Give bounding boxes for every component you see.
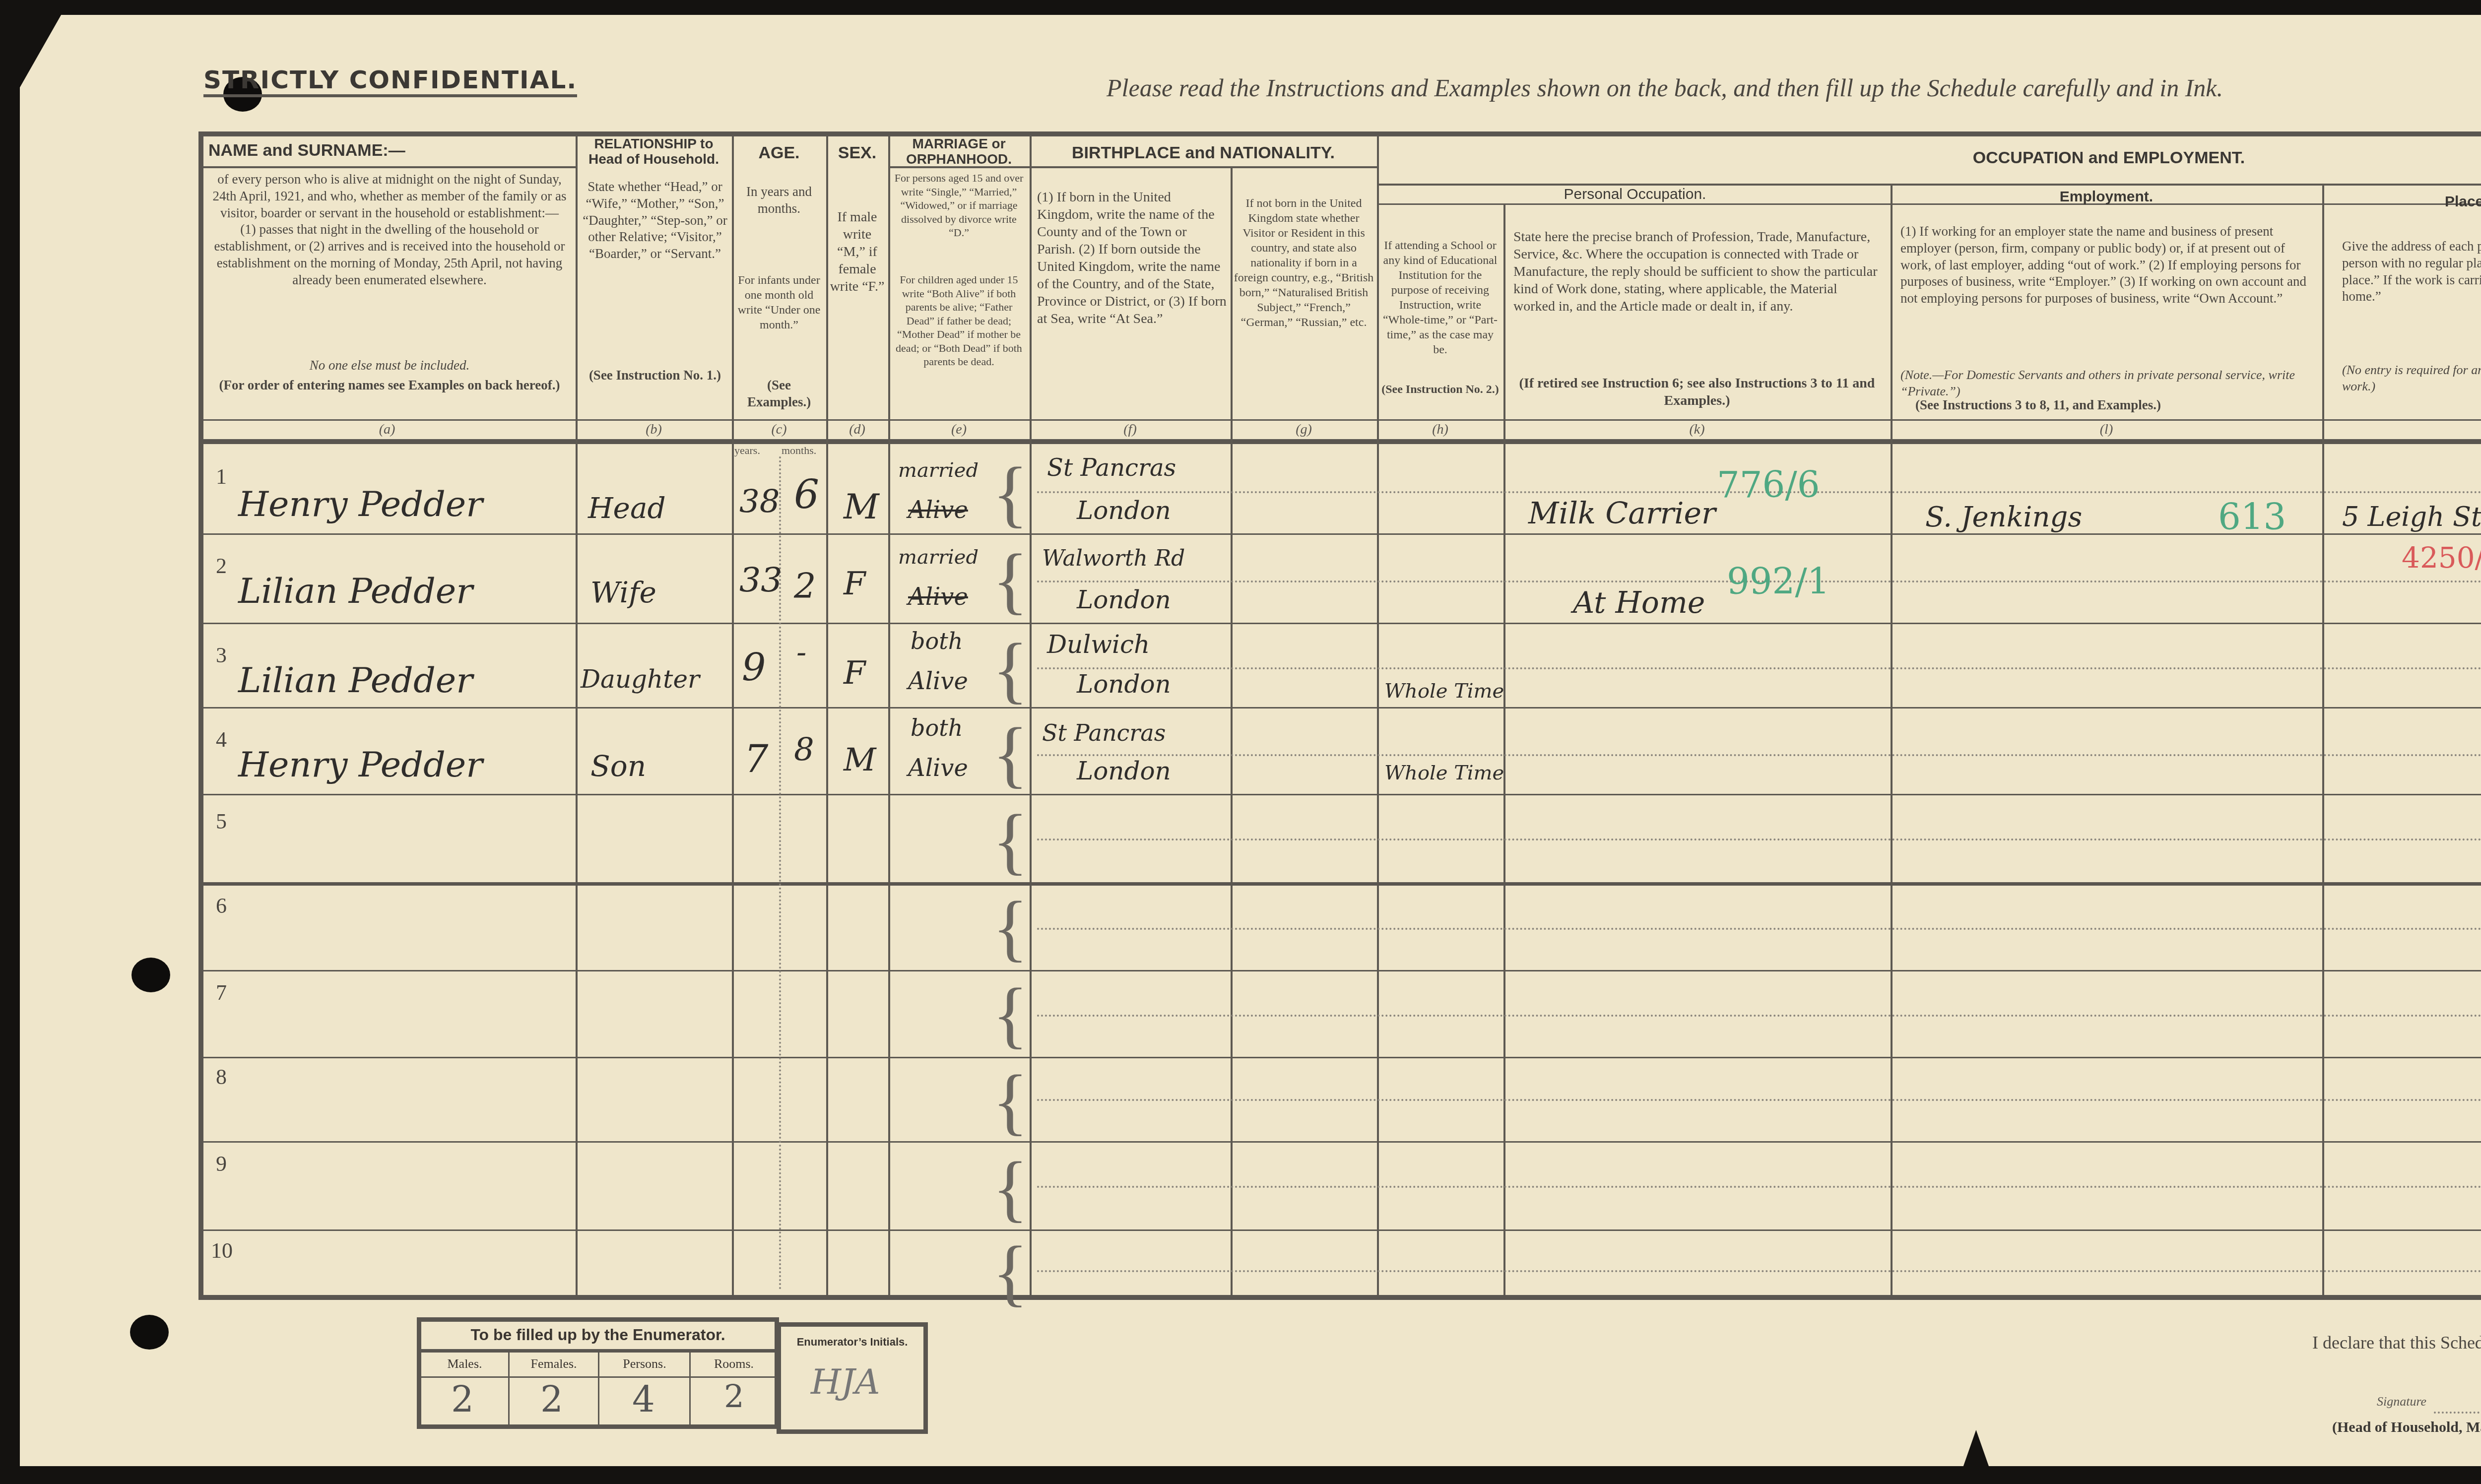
column-divider xyxy=(732,136,734,1295)
signature-line xyxy=(2434,1412,2481,1414)
brace: { xyxy=(992,1151,1028,1226)
birthplace-district[interactable]: St Pancras xyxy=(1042,719,1166,746)
instruction-line: Please read the Instructions and Example… xyxy=(1107,73,2223,102)
personal-occupation-instructions: State here the precise branch of Profess… xyxy=(1513,228,1881,315)
column-divider xyxy=(1503,203,1505,1295)
marriage-adult-instructions: For persons aged 15 and over write “Sing… xyxy=(891,171,1027,240)
row-number: 3 xyxy=(216,643,227,668)
signature-label: Signature xyxy=(2377,1394,2426,1409)
name-column-note: No one else must be included. xyxy=(211,357,568,374)
enumerator-initials-box: Enumerator’s Initials. HJA xyxy=(777,1322,928,1434)
education-column-instructions: If attending a School or any kind of Edu… xyxy=(1379,238,1501,357)
row-divider xyxy=(203,533,2481,535)
row-number: 2 xyxy=(216,553,227,579)
birthplace-district[interactable]: St Pancras xyxy=(1047,454,1176,482)
personal-occupation-footer: (If retired see Instruction 6; see also … xyxy=(1508,375,1886,409)
person-name[interactable]: Lilian Pedder xyxy=(238,660,473,701)
divider xyxy=(508,1353,510,1424)
row-divider xyxy=(203,707,2481,709)
name-column-instructions: of every person who is alive at midnight… xyxy=(211,171,568,288)
person-name[interactable]: Lilian Pedder xyxy=(238,571,473,611)
orphanhood-status[interactable]: Alive xyxy=(908,496,968,524)
mid-row-guide xyxy=(1037,1099,2481,1101)
relationship-value[interactable]: Son xyxy=(590,749,646,783)
mid-row-guide xyxy=(1037,667,2481,669)
employment-instructions: (1) If working for an employer state the… xyxy=(1900,223,2317,307)
sex-value[interactable]: F xyxy=(844,655,865,692)
enumerator-initials[interactable]: HJA xyxy=(811,1361,880,1402)
marriage-status[interactable]: both xyxy=(911,628,963,654)
punch-hole xyxy=(130,1315,169,1350)
age-months-label: months. xyxy=(782,444,816,457)
brace: { xyxy=(992,717,1028,791)
relationship-value[interactable]: Daughter xyxy=(581,665,700,694)
females-label: Females. xyxy=(510,1356,598,1371)
column-divider xyxy=(1377,136,1379,1295)
birthplace-county[interactable]: London xyxy=(1077,496,1171,525)
rooms-count[interactable]: 2 xyxy=(724,1379,744,1416)
brace: { xyxy=(992,1235,1028,1310)
age-months[interactable]: 8 xyxy=(794,732,814,769)
confidential-title: STRICTLY CONFIDENTIAL. xyxy=(203,65,577,97)
divider xyxy=(689,1353,691,1424)
place-of-work-note: (No entry is required for any person who… xyxy=(2342,362,2481,394)
relationship-column-instructions: State whether “Head,” or “Wife,” “Mother… xyxy=(581,179,729,262)
brace: { xyxy=(992,456,1028,531)
sex-value[interactable]: F xyxy=(844,566,865,602)
age-column-instructions: In years and months. xyxy=(734,184,824,217)
age-years[interactable]: 7 xyxy=(744,737,768,781)
marriage-status[interactable]: married xyxy=(898,546,979,569)
row-divider xyxy=(203,794,2481,795)
employer-value[interactable]: S. Jenkings xyxy=(1925,501,2082,533)
rooms-label: Rooms. xyxy=(692,1356,776,1371)
brace: { xyxy=(992,633,1028,707)
brace: { xyxy=(992,804,1028,878)
workplace-value[interactable]: 5 Leigh St xyxy=(2342,501,2481,532)
place-of-work-instructions: Give the address of each person’s place … xyxy=(2342,238,2481,305)
column-letter-h: (h) xyxy=(1377,422,1503,438)
row-number: 6 xyxy=(216,893,227,918)
enumerator-initials-label: Enumerator’s Initials. xyxy=(781,1336,923,1349)
nationality-instructions: If not born in the United Kingdom state … xyxy=(1233,196,1374,330)
education-column-footer: (See Instruction No. 2.) xyxy=(1379,382,1501,397)
occupation-group-heading: OCCUPATION and EMPLOYMENT. xyxy=(1886,149,2332,167)
column-divider xyxy=(2322,184,2324,1295)
orphanhood-status[interactable]: Alive xyxy=(908,754,968,782)
enumerator-count-box: To be filled up by the Enumerator. Males… xyxy=(417,1317,779,1429)
marriage-column-heading: MARRIAGE or ORPHANHOOD. xyxy=(891,136,1027,167)
enumerator-count-heading: To be filled up by the Enumerator. xyxy=(421,1326,775,1344)
name-column-heading: NAME and SURNAME:— xyxy=(208,141,407,160)
row-divider xyxy=(203,970,2481,971)
column-letter-l: (l) xyxy=(1891,422,2322,438)
column-divider xyxy=(888,136,890,1295)
age-months[interactable]: 2 xyxy=(794,566,816,606)
relationship-value[interactable]: Head xyxy=(588,491,666,525)
sex-column-heading: SEX. xyxy=(829,144,886,162)
age-infant-note: For infants under one month old write “U… xyxy=(734,273,824,332)
place-of-work-heading: Place of Work. xyxy=(2325,194,2481,210)
row-divider xyxy=(203,1229,2481,1231)
divider xyxy=(1377,184,2481,186)
relationship-column-footer: (See Instruction No. 1.) xyxy=(581,367,729,384)
column-divider xyxy=(1891,184,1893,1295)
birthplace-county[interactable]: London xyxy=(1077,757,1171,785)
occupation-value[interactable]: Milk Carrier xyxy=(1528,496,1716,531)
age-months[interactable]: - xyxy=(796,635,806,670)
sex-value[interactable]: M xyxy=(844,486,879,527)
row-divider xyxy=(203,1141,2481,1143)
brace: { xyxy=(992,977,1028,1052)
birthplace-district[interactable]: Walworth Rd xyxy=(1042,546,1185,571)
orphanhood-status[interactable]: Alive xyxy=(908,583,968,611)
column-letter-f: (f) xyxy=(1030,422,1231,438)
column-divider xyxy=(826,136,828,1295)
females-count[interactable]: 2 xyxy=(540,1379,563,1420)
mid-row-guide xyxy=(1037,928,2481,930)
occupation-value[interactable]: At Home xyxy=(1573,585,1705,620)
mid-row-guide xyxy=(1037,1270,2481,1272)
age-years[interactable]: 33 xyxy=(739,561,783,600)
column-divider xyxy=(1231,166,1233,1295)
row-number: 9 xyxy=(216,1151,227,1176)
column-letter-c: (c) xyxy=(732,422,826,438)
occupation-code: 992/1 xyxy=(1727,561,1830,602)
column-letter-d: (d) xyxy=(826,422,888,438)
declaration-footer: (Head of Household, Manager of Establish… xyxy=(2332,1419,2481,1436)
personal-occupation-heading: Personal Occupation. xyxy=(1379,186,1891,202)
row-number: 8 xyxy=(216,1064,227,1090)
sex-value[interactable]: M xyxy=(844,742,876,778)
mid-row-guide xyxy=(1037,1186,2481,1188)
age-column-heading: AGE. xyxy=(734,144,824,162)
persons-count[interactable]: 4 xyxy=(632,1379,655,1420)
education-value[interactable]: Whole Time xyxy=(1384,680,1504,703)
brace: { xyxy=(992,1064,1028,1139)
punch-hole xyxy=(131,958,170,992)
employer-code: 613 xyxy=(2218,496,2286,538)
mid-row-guide xyxy=(1037,839,2481,840)
birthplace-column-heading: BIRTHPLACE and NATIONALITY. xyxy=(1032,144,1374,162)
relationship-column-heading: RELATIONSHIP to Head of Household. xyxy=(578,136,729,167)
column-letter-b: (b) xyxy=(576,422,732,438)
employment-heading: Employment. xyxy=(1893,189,2320,205)
column-divider xyxy=(576,136,578,1295)
declaration-text: I declare that this Schedule is correctl… xyxy=(2312,1332,2481,1353)
males-label: Males. xyxy=(421,1356,508,1371)
divider xyxy=(203,166,576,168)
brace: { xyxy=(992,891,1028,965)
birthplace-county[interactable]: London xyxy=(1077,585,1171,614)
column-divider xyxy=(1030,136,1032,1295)
sex-column-instructions: If male write “M,” if female write “F.” xyxy=(829,208,886,295)
marriage-child-instructions: For children aged under 15 write “Both A… xyxy=(891,273,1027,369)
age-years-label: years. xyxy=(734,444,760,457)
person-name[interactable]: Henry Pedder xyxy=(238,484,483,524)
divider xyxy=(203,419,2481,421)
age-column-footer: (See Examples.) xyxy=(734,377,824,411)
divider xyxy=(598,1353,599,1424)
birthplace-county[interactable]: London xyxy=(1077,670,1171,699)
brace: { xyxy=(992,543,1028,618)
employment-footer: (See Instructions 3 to 8, 11, and Exampl… xyxy=(1915,397,2317,414)
birthplace-district[interactable]: Dulwich xyxy=(1047,630,1150,659)
workplace-code: 4250/08 xyxy=(2402,541,2481,575)
row-number: 5 xyxy=(216,809,227,834)
persons-label: Persons. xyxy=(600,1356,689,1371)
mid-row-guide xyxy=(1037,754,2481,756)
age-years[interactable]: 38 xyxy=(739,484,780,520)
row-number: 1 xyxy=(216,464,227,489)
marriage-status[interactable]: married xyxy=(898,459,979,482)
row-number: 7 xyxy=(216,980,227,1005)
education-value[interactable]: Whole Time xyxy=(1384,762,1504,784)
mid-row-guide xyxy=(1037,1015,2481,1017)
person-name[interactable]: Henry Pedder xyxy=(238,744,483,785)
column-letter-e: (e) xyxy=(888,422,1030,438)
divider xyxy=(421,1349,775,1353)
orphanhood-status[interactable]: Alive xyxy=(908,667,968,695)
row-divider xyxy=(203,623,2481,624)
birthplace-instructions: (1) If born in the United Kingdom, write… xyxy=(1037,189,1228,327)
header-bottom-rule xyxy=(203,439,2481,444)
row-divider xyxy=(203,882,2481,886)
relationship-value[interactable]: Wife xyxy=(590,576,656,609)
column-letter-k: (k) xyxy=(1503,422,1891,438)
age-months[interactable]: 6 xyxy=(794,471,819,517)
column-letter-m: (m) xyxy=(2322,422,2481,438)
name-column-footer: (For order of entering names see Example… xyxy=(211,377,568,394)
row-number: 4 xyxy=(216,727,227,752)
marriage-status[interactable]: both xyxy=(911,714,963,741)
age-years[interactable]: 9 xyxy=(742,645,766,689)
row-number: 10 xyxy=(211,1238,233,1263)
occupation-code: 776/6 xyxy=(1717,464,1820,506)
column-letter-a: (a) xyxy=(198,422,576,438)
males-count[interactable]: 2 xyxy=(451,1379,474,1420)
column-letter-g: (g) xyxy=(1231,422,1377,438)
employment-note: (Note.—For Domestic Servants and others … xyxy=(1900,367,2317,399)
row-divider xyxy=(203,1057,2481,1058)
